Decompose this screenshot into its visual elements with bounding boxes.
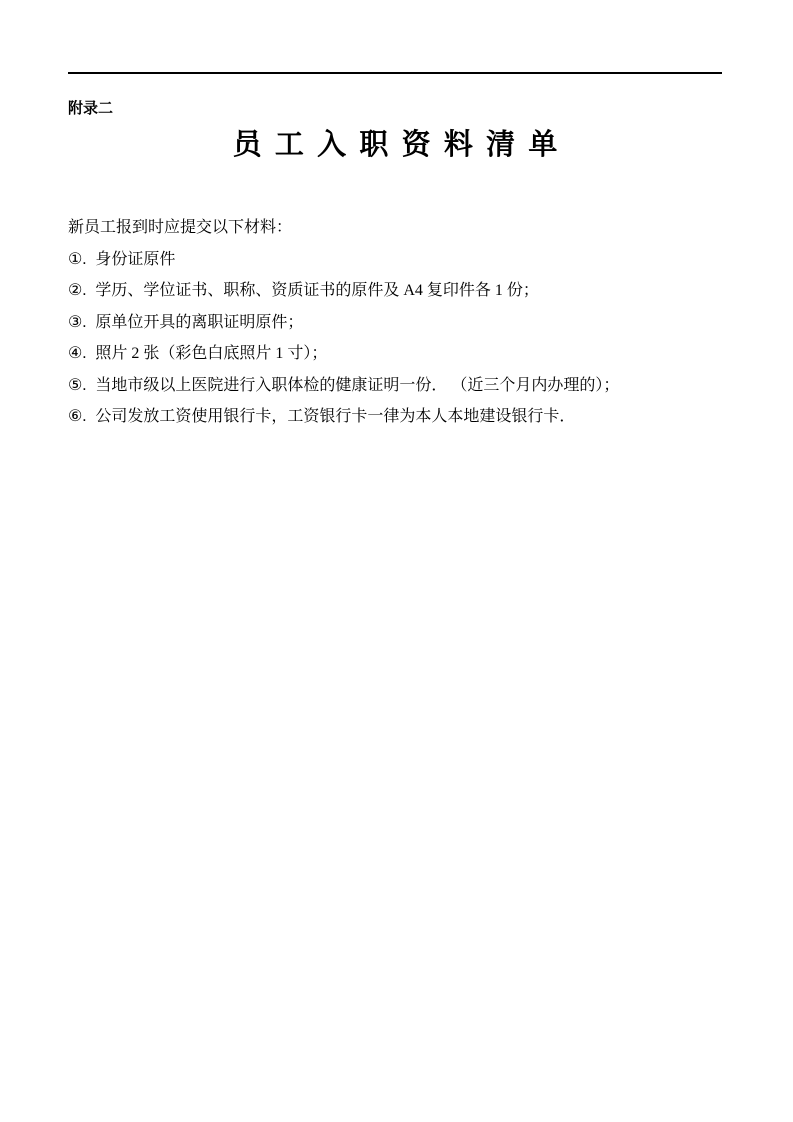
- list-item: ②.学历、学位证书、职称、资质证书的原件及 A4 复印件各 1 份；: [68, 275, 728, 307]
- list-item: ⑤.当地市级以上医院进行入职体检的健康证明一份． （近三个月内办理的）；: [68, 370, 728, 402]
- page-title: 员 工 入 职 资 料 清 单: [0, 127, 793, 163]
- header-rule: [68, 72, 722, 74]
- checklist: 新员工报到时应提交以下材料： ①.身份证原件 ②.学历、学位证书、职称、资质证书…: [68, 212, 728, 433]
- item-text: 公司发放工资使用银行卡，工资银行卡一律为本人本地建设银行卡．: [95, 408, 575, 425]
- list-item: ⑥.公司发放工资使用银行卡，工资银行卡一律为本人本地建设银行卡．: [68, 401, 728, 433]
- list-item: ③.原单位开具的离职证明原件；: [68, 307, 728, 339]
- item-marker: ⑥.: [68, 401, 86, 433]
- item-text: 身份证原件: [95, 251, 175, 268]
- item-marker: ⑤.: [68, 370, 86, 402]
- appendix-label: 附录二: [68, 100, 113, 118]
- item-text: 当地市级以上医院进行入职体检的健康证明一份． （近三个月内办理的）；: [95, 377, 619, 394]
- item-text: 原单位开具的离职证明原件；: [95, 314, 303, 331]
- item-marker: ③.: [68, 307, 86, 339]
- item-text: 照片 2 张（彩色白底照片 1 寸）；: [95, 345, 327, 362]
- item-text: 学历、学位证书、职称、资质证书的原件及 A4 复印件各 1 份；: [95, 282, 539, 299]
- intro-text: 新员工报到时应提交以下材料：: [68, 212, 728, 244]
- item-marker: ①.: [68, 244, 86, 276]
- list-item: ①.身份证原件: [68, 244, 728, 276]
- list-item: ④.照片 2 张（彩色白底照片 1 寸）；: [68, 338, 728, 370]
- item-marker: ④.: [68, 338, 86, 370]
- item-marker: ②.: [68, 275, 86, 307]
- document-page: 附录二 员 工 入 职 资 料 清 单 新员工报到时应提交以下材料： ①.身份证…: [0, 0, 793, 1122]
